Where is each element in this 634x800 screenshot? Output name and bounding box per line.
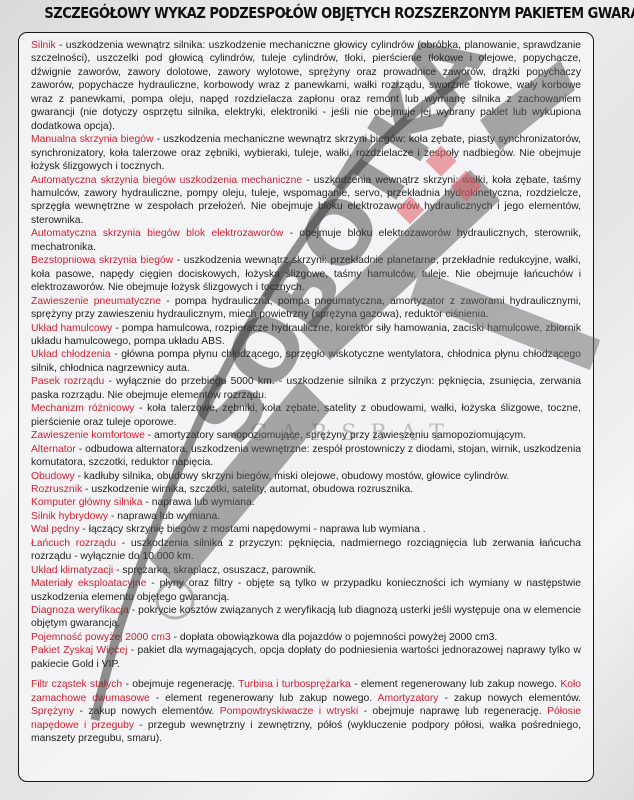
coverage-entry-label: Pojemność powyżej 2000 cm3 — [31, 632, 171, 643]
coverage-entry-description: - łączący skrzynię biegów z mostami napę… — [80, 524, 426, 535]
coverage-entry-description: - obejmuje naprawę lub regenerację. — [358, 706, 547, 717]
coverage-entry-description: - naprawa lub wymiana. — [108, 511, 220, 522]
coverage-entry-label: Pasek rozrządu — [31, 376, 104, 387]
coverage-entry-label: Zawieszenie komfortowe — [31, 430, 145, 441]
coverage-list-box: Silnik - uszkodzenia wewnątrz silnika: u… — [18, 32, 594, 782]
coverage-entry-label: Komputer główny silnika — [31, 497, 143, 508]
coverage-entry: Obudowy - kadłuby silnika, obudowy skrzy… — [31, 470, 581, 483]
coverage-entry: Zawieszenie pneumatyczne - pompa hydraul… — [31, 295, 581, 322]
coverage-entry: Automatyczna skrzynia biegów uszkodzenia… — [31, 174, 581, 228]
coverage-entry: Układ chłodzenia - główna pompa płynu ch… — [31, 348, 581, 375]
coverage-entry-label: Automatyczna skrzynia biegów uszkodzenia… — [31, 175, 302, 186]
coverage-entry-description: - kadłuby silnika, obudowy skrzyni biegó… — [75, 471, 510, 482]
coverage-entry-label: Zawieszenie pneumatyczne — [31, 296, 161, 307]
coverage-entry: Bezstopniowa skrzynia biegów - uszkodzen… — [31, 254, 581, 294]
coverage-entry-description: - naprawa lub wymiana. — [143, 497, 255, 508]
coverage-entry-description: - amortyzatory samopoziomujące, sprężyny… — [145, 430, 526, 441]
coverage-entry: Układ klimatyzacji - sprężarka, skraplac… — [31, 564, 581, 577]
coverage-entry-label: Amortyzatory — [378, 693, 439, 704]
coverage-entry-label: Diagnoza weryfikacja — [31, 605, 129, 616]
coverage-entry-label: Pakiet Zyskaj Więcej — [31, 645, 127, 656]
coverage-entry-description: - wyłącznie do przebiegu 5000 km. - uszk… — [31, 376, 581, 400]
coverage-entry-label: Rozrusznik — [31, 484, 82, 495]
coverage-entry: Zawieszenie komfortowe - amortyzatory sa… — [31, 429, 581, 442]
coverage-entry-description: - obejmuje regenerację. — [122, 679, 238, 690]
coverage-entry-label: Układ chłodzenia — [31, 349, 111, 360]
coverage-entry: Łańcuch rozrządu - uszkodzenia silnika z… — [31, 537, 581, 564]
coverage-entry: Pakiet Zyskaj Więcej - pakiet dla wymaga… — [31, 644, 581, 671]
coverage-entry-description: - uszkodzenia wewnątrz silnika: uszkodze… — [31, 40, 581, 132]
coverage-entry-label: Układ klimatyzacji — [31, 565, 113, 576]
coverage-entry-description: - element regenerowany lub zakup nowego. — [150, 693, 378, 704]
coverage-entry: Komputer główny silnika - naprawa lub wy… — [31, 496, 581, 509]
coverage-entry-label: Filtr cząstek stałych — [31, 679, 122, 690]
coverage-entry-description: - główna pompa płynu chłodzącego, sprzęg… — [31, 349, 581, 373]
coverage-entry-label: Obudowy — [31, 471, 75, 482]
coverage-entry-description: - element regenerowany lub zakup nowego. — [351, 679, 561, 690]
coverage-entry-description: - sprężarka, skraplacz, osuszacz, parown… — [113, 565, 316, 576]
coverage-entry-label: Turbina i turbosprężarka — [238, 679, 351, 690]
coverage-entry-label: Automatyczna skrzynia biegów blok elektr… — [31, 228, 283, 239]
coverage-entry-description: - odbudowa alternatora, uszkodzenia wewn… — [31, 444, 581, 468]
coverage-entry-label: Silnik hybrydowy — [31, 511, 108, 522]
coverage-entry-description: - zakup nowych elementów. — [74, 706, 220, 717]
coverage-entry: Alternator - odbudowa alternatora, uszko… — [31, 443, 581, 470]
coverage-entry: Pojemność powyżej 2000 cm3 - dopłata obo… — [31, 631, 581, 644]
page-title: SZCZEGÓŁOWY WYKAZ PODZESPOŁÓW OBJĘTYCH R… — [44, 4, 589, 22]
coverage-entry: Układ hamulcowy - pompa hamulcowa, rozpi… — [31, 322, 581, 349]
coverage-entry-label: Sprężyny — [31, 706, 74, 717]
coverage-entry-label: Wał pędny — [31, 524, 80, 535]
coverage-entry: Wał pędny - łączący skrzynię biegów z mo… — [31, 523, 581, 536]
coverage-entry-description: - uszkodzenie wirnika, szczotki, satelit… — [82, 484, 413, 495]
coverage-entry-label: Manualna skrzynia biegów — [31, 134, 153, 145]
coverage-entry: Materiały eksploatacyjne - płyny oraz fi… — [31, 577, 581, 604]
coverage-entry-description: - pompa hamulcowa, rozpieracze hydraulic… — [31, 323, 581, 347]
coverage-entry: Silnik hybrydowy - naprawa lub wymiana. — [31, 510, 581, 523]
coverage-entry-description: - dopłata obowiązkowa dla pojazdów o poj… — [171, 632, 498, 643]
coverage-entry-description: - zakup nowych elementów. — [438, 693, 581, 704]
coverage-entry-label: Alternator — [31, 444, 76, 455]
coverage-entry: Mechanizm różnicowy - koła talerzowe, zę… — [31, 402, 581, 429]
coverage-entry-label: Łańcuch rozrządu — [31, 538, 116, 549]
coverage-entry: Diagnoza weryfikacja - pokrycie kosztów … — [31, 604, 581, 631]
coverage-entry-label: Mechanizm różnicowy — [31, 403, 134, 414]
coverage-list: Silnik - uszkodzenia wewnątrz silnika: u… — [31, 39, 581, 746]
coverage-entry-label: Bezstopniowa skrzynia biegów — [31, 255, 173, 266]
additional-components-paragraph: Filtr cząstek stałych - obejmuje regener… — [31, 678, 581, 745]
coverage-entry-label: Układ hamulcowy — [31, 323, 112, 334]
coverage-entry: Silnik - uszkodzenia wewnątrz silnika: u… — [31, 39, 581, 133]
coverage-entry: Rozrusznik - uszkodzenie wirnika, szczot… — [31, 483, 581, 496]
coverage-entry-label: Pompowtryskiwacze i wtryski — [220, 706, 358, 717]
coverage-entry: Pasek rozrządu - wyłącznie do przebiegu … — [31, 375, 581, 402]
coverage-entry-label: Materiały eksploatacyjne — [31, 578, 146, 589]
coverage-entry: Automatyczna skrzynia biegów blok elektr… — [31, 227, 581, 254]
coverage-entry-label: Silnik — [31, 40, 56, 51]
coverage-entry: Manualna skrzynia biegów - uszkodzenia m… — [31, 133, 581, 173]
